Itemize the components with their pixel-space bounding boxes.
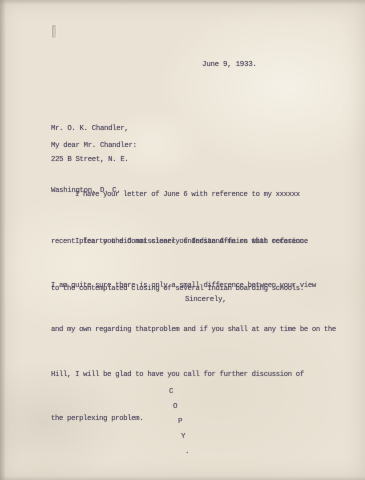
paragraph-line: I am quite sure there is only a small di… (51, 279, 341, 294)
recipient-name: Mr. O. K. Chandler, (51, 124, 129, 134)
body-paragraph-2: I fear you did not clearly understand-me… (51, 205, 341, 457)
paper-bottom-edge-shadow (0, 476, 365, 480)
copy-mark-period: . (185, 448, 190, 456)
copy-mark-letter-o: O (173, 403, 178, 411)
copy-mark-letter-p: P (178, 418, 183, 426)
paragraph-line: I fear you did not clearly understand-me… (51, 235, 341, 250)
paragraph-line: Hill, I will be glad to have you call fo… (51, 368, 341, 383)
paragraph-line: the perplexing problem. (51, 412, 341, 427)
letter-page: June 9, 1933. Mr. O. K. Chandler, 225 B … (0, 0, 365, 480)
paragraph-line: and my own regarding thatproblem and if … (51, 323, 341, 338)
salutation: My dear Mr. Chandler: (51, 142, 137, 150)
closing-sincerely: Sincerely, (185, 296, 226, 304)
paper-top-edge-shadow (0, 0, 365, 5)
staple-mark (52, 25, 56, 38)
paragraph-line: I have your letter of June 6 with refere… (51, 188, 341, 204)
date-line: June 9, 1933. (202, 61, 257, 69)
copy-mark-letter-c: C (169, 388, 174, 396)
paper-left-edge-shadow (0, 0, 6, 480)
copy-mark-letter-y: Y (181, 433, 186, 441)
